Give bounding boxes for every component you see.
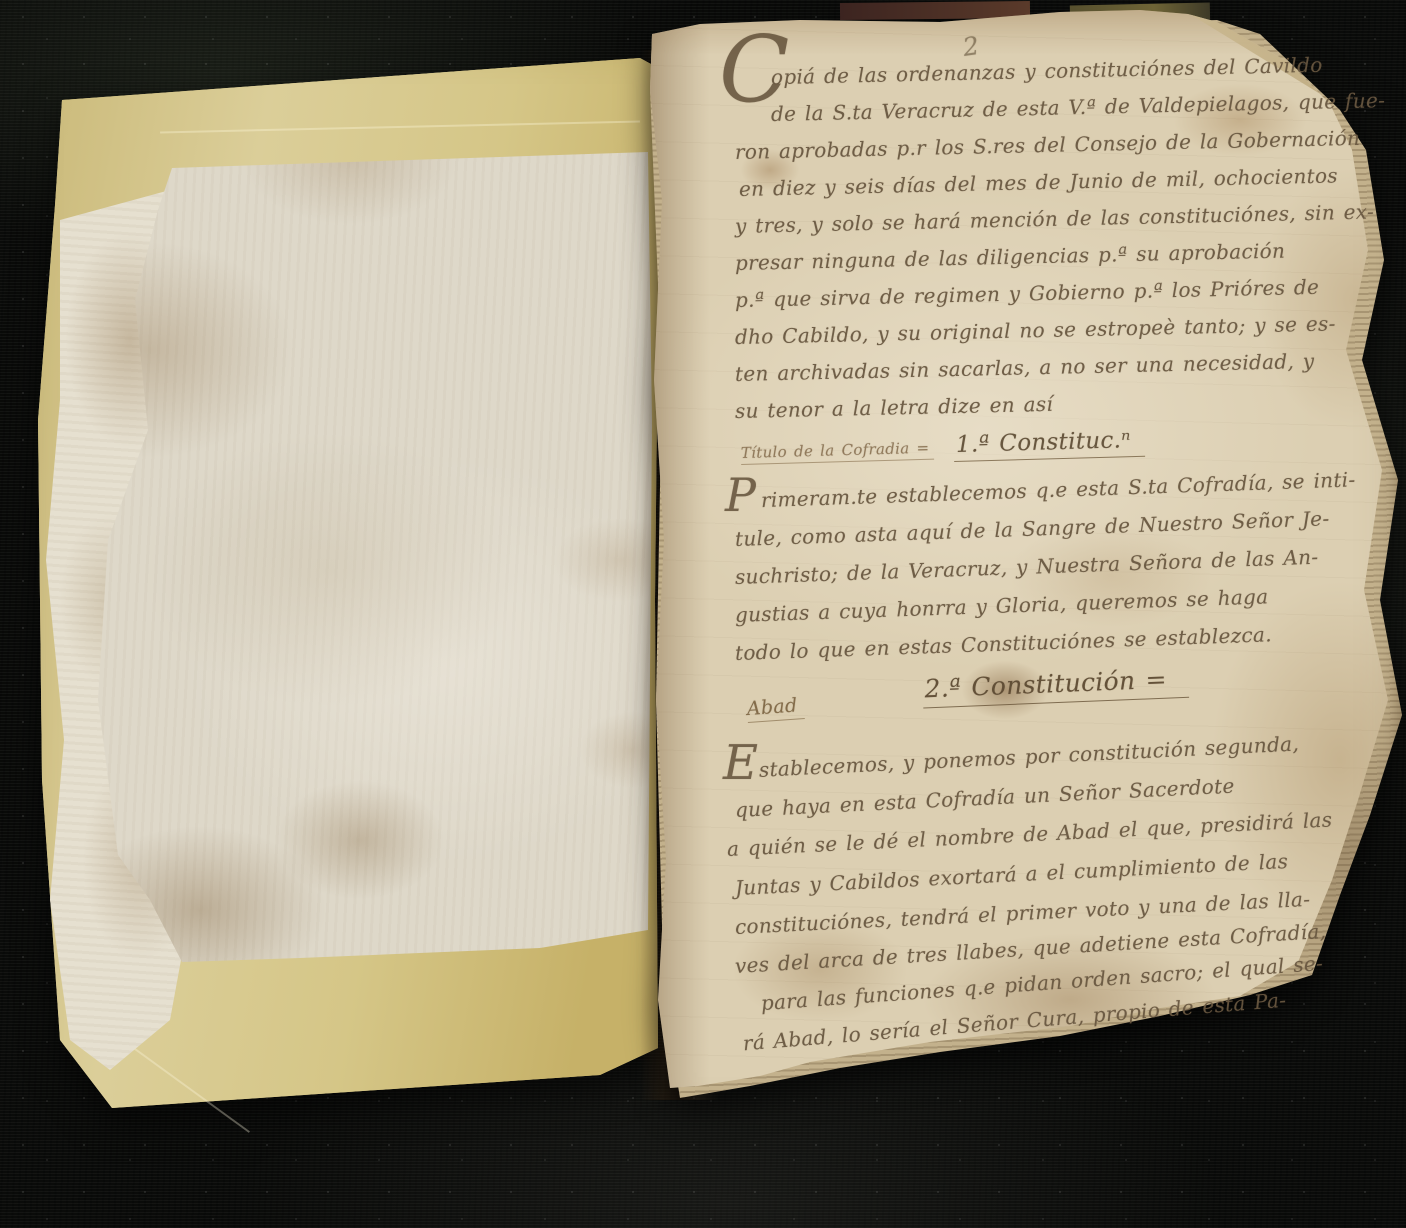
photo-backdrop: 2 C opiá de las ordenanzas y constitució… xyxy=(0,0,1406,1228)
left-cover xyxy=(20,40,680,1190)
manuscript-text: 2 C opiá de las ordenanzas y constitució… xyxy=(735,60,1365,1070)
margin-note-abad: Abad xyxy=(746,694,804,723)
right-page: 2 C opiá de las ordenanzas y constitució… xyxy=(640,0,1406,1130)
intro-paragraph: C opiá de las ordenanzas y constitucióne… xyxy=(735,60,1365,430)
heading-margin-label: Título de la Cofradia = xyxy=(741,439,934,465)
heading-title: 1.ª Constituc.ⁿ xyxy=(954,427,1146,462)
second-constitution-paragraph: E stablecemos, y ponemos por constitució… xyxy=(735,752,1365,1064)
first-constitution-paragraph: P rimeram.te establecemos q.e esta S.ta … xyxy=(735,482,1365,672)
